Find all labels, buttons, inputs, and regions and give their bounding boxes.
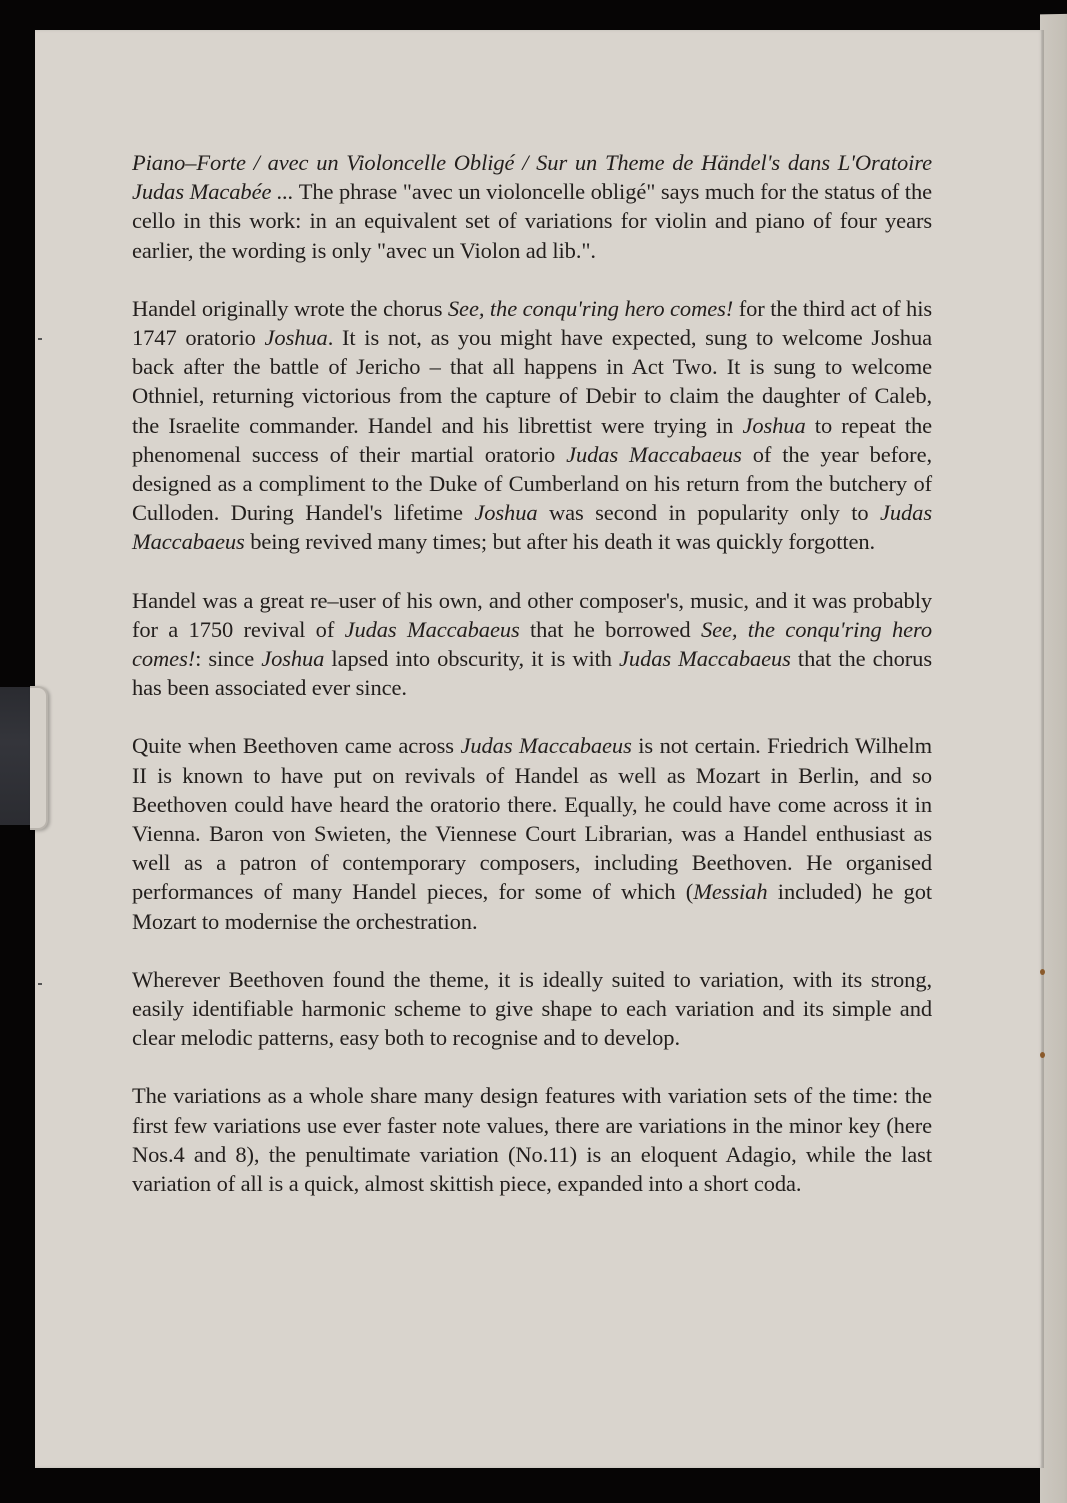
italic-title-text: Judas Maccabaeus (619, 646, 791, 671)
paragraph: Handel originally wrote the chorus See, … (132, 294, 932, 557)
text-segment: : since (195, 646, 261, 671)
binder-clip-tab (30, 686, 48, 830)
margin-mark (38, 983, 42, 985)
text-segment: that he borrowed (520, 617, 701, 642)
text-segment: Quite when Beethoven came across (132, 733, 461, 758)
italic-title-text: Joshua (265, 325, 328, 350)
paragraph: Piano–Forte / avec un Violoncelle Obligé… (132, 148, 932, 265)
italic-title-text: Judas Maccabaeus (566, 442, 742, 467)
paper-stain (1040, 1052, 1045, 1058)
paragraph: The variations as a whole share many des… (132, 1081, 932, 1198)
text-segment: was second in popularity only to (538, 500, 880, 525)
italic-title-text: Joshua (474, 500, 537, 525)
italic-title-text: See, the conqu'ring hero comes! (448, 296, 733, 321)
italic-title-text: Joshua (261, 646, 324, 671)
adjacent-page-edge (1040, 14, 1067, 1503)
italic-title-text: Judas Maccabaeus (461, 733, 632, 758)
italic-title-text: Messiah (693, 879, 767, 904)
text-segment: The variations as a whole share many des… (132, 1083, 932, 1196)
body-text: Piano–Forte / avec un Violoncelle Obligé… (132, 148, 932, 1227)
text-segment: Handel originally wrote the chorus (132, 296, 448, 321)
text-segment: Wherever Beethoven found the theme, it i… (132, 967, 932, 1050)
paper-stain (1040, 969, 1045, 975)
binder-clip (0, 687, 32, 825)
paragraph: Quite when Beethoven came across Judas M… (132, 731, 932, 935)
italic-title-text: Judas Maccabaeus (345, 617, 520, 642)
margin-mark (38, 338, 42, 340)
paragraph: Wherever Beethoven found the theme, it i… (132, 965, 932, 1053)
italic-title-text: Joshua (742, 413, 805, 438)
text-segment: lapsed into obscurity, it is with (324, 646, 619, 671)
paragraph: Handel was a great re–user of his own, a… (132, 586, 932, 703)
text-segment: being revived many times; but after his … (245, 529, 875, 554)
